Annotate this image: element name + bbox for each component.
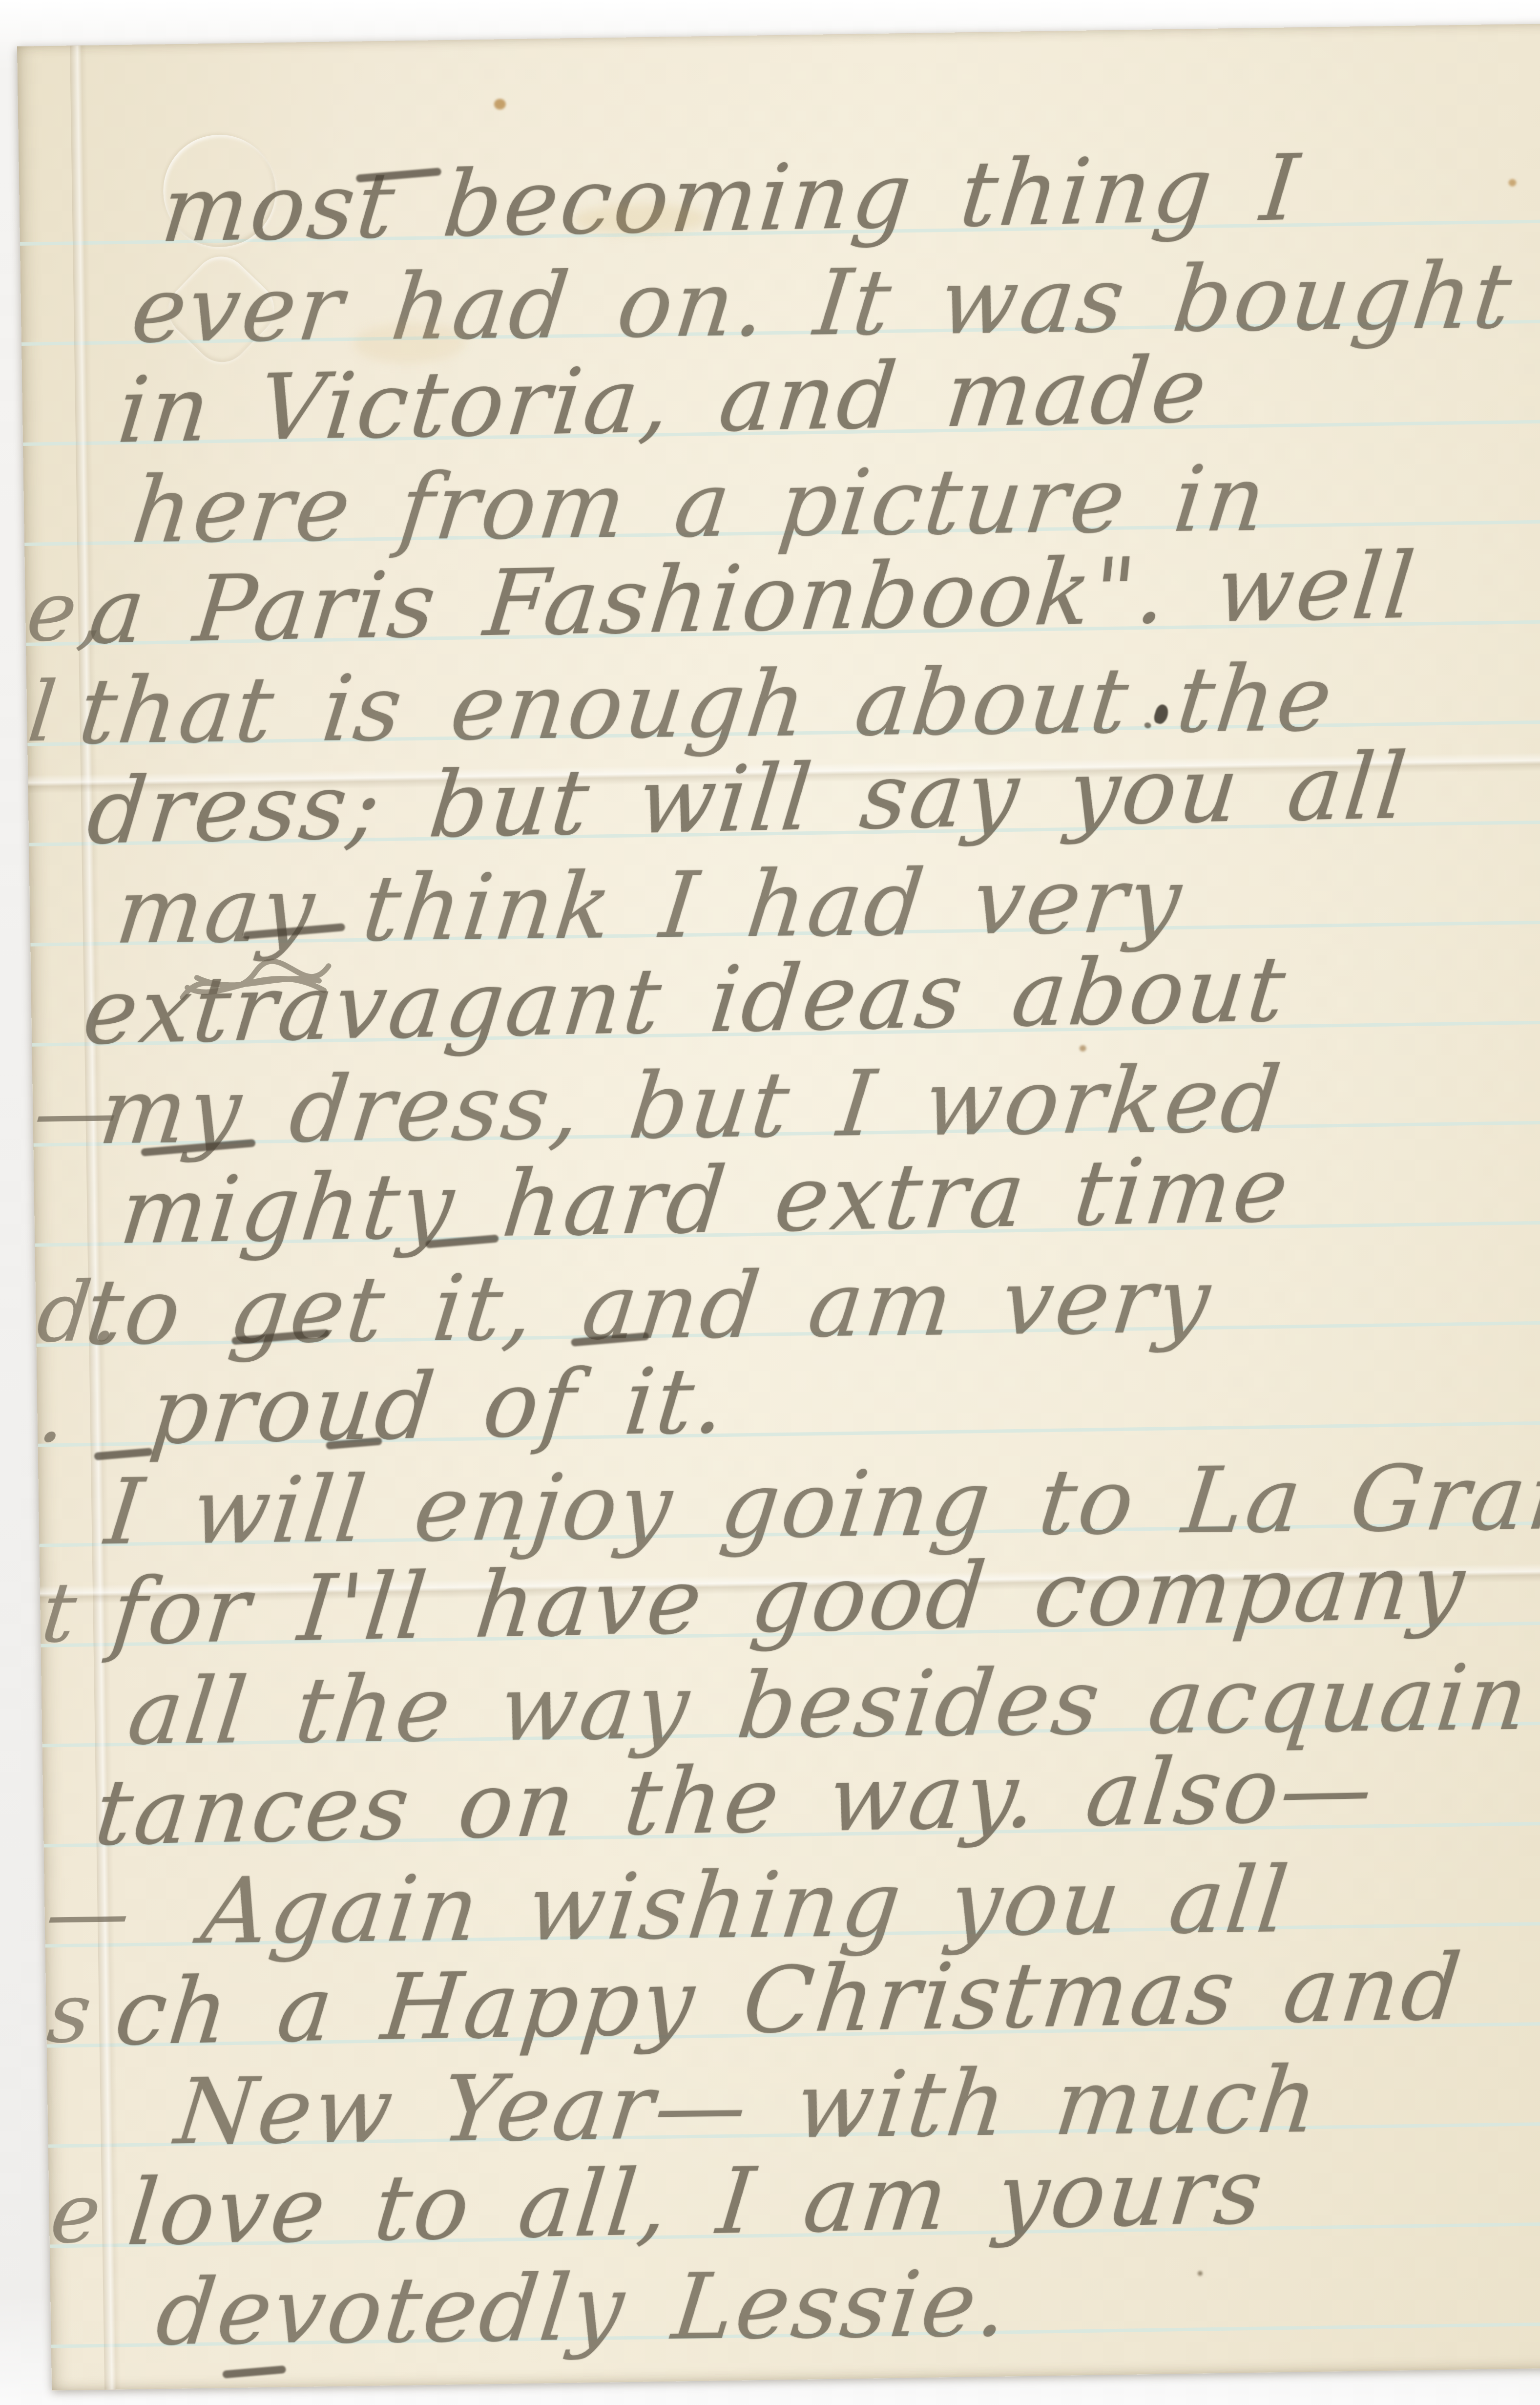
left-margin-fragment: s <box>42 1962 98 2066</box>
scribbled-out-word <box>177 951 334 1013</box>
handwriting-text: love to all, I am yours <box>123 2139 1269 2265</box>
letter-scan: most becoming thing Iever had on. It was… <box>0 0 1540 2405</box>
handwriting-text: devotedly Lessie. <box>151 2252 1015 2365</box>
pencil-dash-stroke <box>222 2365 286 2379</box>
handwriting-text: proud of it. <box>146 1349 732 1463</box>
handwriting-text: most becoming thing I <box>157 136 1306 262</box>
paper-stain <box>494 99 506 109</box>
handwriting-text: in Victoria, and made <box>114 338 1213 463</box>
left-margin-fragment: l <box>23 660 63 764</box>
left-margin-fragment: — <box>41 1861 137 1966</box>
handwriting-text: mighty hard extra time <box>116 1138 1295 1264</box>
left-margin-fragment: t <box>37 1561 83 1665</box>
left-margin-fragment: e <box>45 2162 107 2266</box>
letter-page: most becoming thing Iever had on. It was… <box>17 23 1540 2390</box>
handwriting-line: devotedly Lessie. <box>50 2240 1540 2366</box>
ruled-lines <box>17 23 1540 46</box>
left-margin-fragment: . <box>34 1361 73 1465</box>
letter-body: most becoming thing Iever had on. It was… <box>17 23 1540 46</box>
artifacts-layer <box>17 23 1540 46</box>
